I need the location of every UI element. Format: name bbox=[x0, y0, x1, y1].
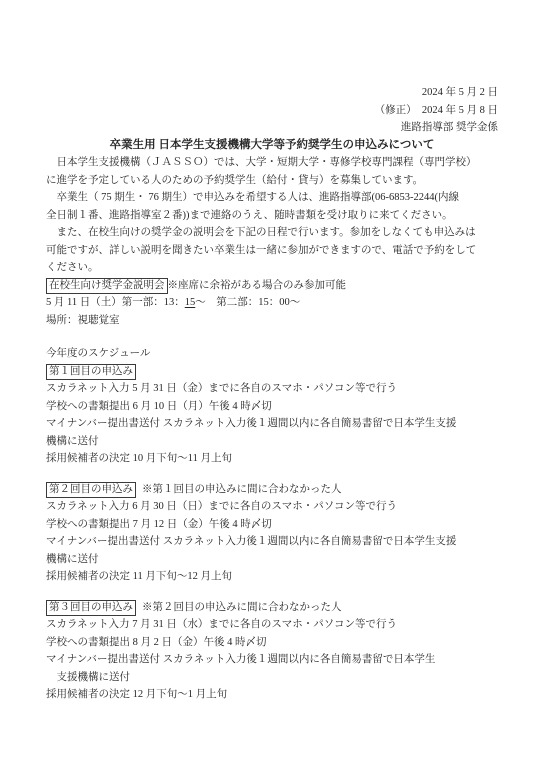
schedule-line: 支援機構に送付 bbox=[46, 669, 498, 687]
session-time-underlined: 15 bbox=[185, 297, 196, 308]
schedule-line: 学校への書類提出 8 月 2 日（金）午後 4 時〆切 bbox=[46, 634, 498, 652]
schedule-line: 学校への書類提出 6 月 10 日（月）午後 4 時〆切 bbox=[46, 398, 498, 416]
intro-line: 全日制１番、進路指導室２番))まで連絡のうえ、随時書類を受け取りに来てください。 bbox=[46, 207, 498, 225]
round-spacer bbox=[46, 468, 498, 481]
round-spacer bbox=[46, 586, 498, 599]
department-line: 進路指導部 奨学金係 bbox=[46, 119, 498, 137]
schedule-line: 採用候補者の決定 11 月下旬～12 月上旬 bbox=[46, 568, 498, 586]
revision-date: （修正） 2024 年 5 月 8 日 bbox=[46, 102, 498, 120]
intro-line: 可能ですが、詳しい説明を聞きたい卒業生は一緒に参加ができますので、電話で予約をし… bbox=[46, 242, 498, 260]
schedule-heading: 今年度のスケジュール bbox=[46, 345, 498, 363]
schedule-line: 採用候補者の決定 10 月下旬～11 月上旬 bbox=[46, 450, 498, 468]
intro-line: また、在校生向けの奨学金の説明会を下記の日程で行います。参加をしなくても申込みは bbox=[46, 224, 498, 242]
session-place: 場所：視聴覚室 bbox=[46, 312, 498, 330]
round-3-note: ※第２回目の申込みに間に合わなかった人 bbox=[142, 602, 342, 613]
session-time-row: 5 月 11 日（土）第一部：13：15～ 第二部：15：00～ bbox=[46, 294, 498, 312]
schedule-line: スカラネット入力 6 月 30 日（日）までに各自のスマホ・パソコン等で行う bbox=[46, 498, 498, 516]
round-1-title-box: 第１回目の申込み bbox=[46, 364, 136, 381]
round-3-header-row: 第３回目の申込み※第２回目の申込みに間に合わなかった人 bbox=[46, 599, 498, 617]
schedule-line: 採用候補者の決定 12 月下旬～1 月上旬 bbox=[46, 686, 498, 704]
session-time-prefix: 5 月 11 日（土）第一部：13： bbox=[46, 297, 185, 308]
issue-date: 2024 年 5 月 2 日 bbox=[46, 84, 498, 102]
round-2-title-box: 第２回目の申込み bbox=[46, 482, 136, 499]
schedule-line: マイナンバー提出書送付 スカラネット入力後１週間以内に各自簡易書留で日本学生支援 bbox=[46, 533, 498, 551]
schedule-line: スカラネット入力 5 月 31 日（金）までに各自のスマホ・パソコン等で行う bbox=[46, 380, 498, 398]
schedule-line: 機構に送付 bbox=[46, 551, 498, 569]
round-2-header-row: 第２回目の申込み※第１回目の申込みに間に合わなかった人 bbox=[46, 481, 498, 499]
round-1-header-row: 第１回目の申込み bbox=[46, 363, 498, 381]
schedule-line: マイナンバー提出書送付 スカラネット入力後１週間以内に各自簡易書留で日本学生支援 bbox=[46, 415, 498, 433]
round-2-note: ※第１回目の申込みに間に合わなかった人 bbox=[142, 484, 342, 495]
schedule-line: スカラネット入力 7 月 31 日（水）までに各自のスマホ・パソコン等で行う bbox=[46, 616, 498, 634]
schedule-line: 学校への書類提出 7 月 12 日（金）午後 4 時〆切 bbox=[46, 516, 498, 534]
session-note: ※座席に余裕がある場合のみ参加可能 bbox=[168, 280, 347, 291]
session-header-row: 在校生向け奨学金説明会※座席に余裕がある場合のみ参加可能 bbox=[46, 277, 498, 295]
section-spacer bbox=[46, 329, 498, 345]
document-title: 卒業生用 日本学生支援機構大学等予約奨学生の申込みについて bbox=[46, 137, 498, 155]
intro-line: に進学を予定している人のための予約奨学生（給付・貸与）を募集しています。 bbox=[46, 172, 498, 190]
round-3-title-box: 第３回目の申込み bbox=[46, 600, 136, 617]
session-time-suffix: ～ 第二部：15：00～ bbox=[195, 297, 300, 308]
intro-line: 日本学生支援機構（ＪＡＳＳＯ）では、大学・短期大学・専修学校専門課程（専門学校） bbox=[46, 154, 498, 172]
document-page: 2024 年 5 月 2 日 （修正） 2024 年 5 月 8 日 進路指導部… bbox=[0, 0, 543, 768]
schedule-line: 機構に送付 bbox=[46, 433, 498, 451]
intro-line: ください。 bbox=[46, 259, 498, 277]
intro-line: 卒業生（ 75 期生・ 76 期生）で申込みを希望する人は、進路指導部(06-6… bbox=[46, 189, 498, 207]
session-title-box: 在校生向け奨学金説明会 bbox=[46, 278, 168, 295]
schedule-line: マイナンバー提出書送付 スカラネット入力後１週間以内に各自簡易書留で日本学生 bbox=[46, 651, 498, 669]
